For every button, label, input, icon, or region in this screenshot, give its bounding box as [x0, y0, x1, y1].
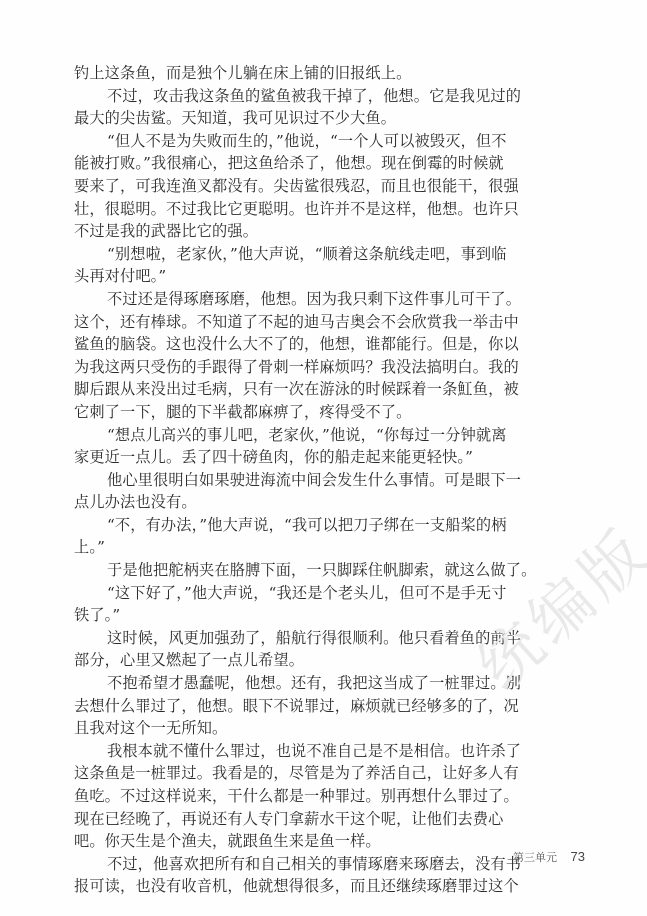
text-line: 家更近一点儿。丢了四十磅鱼肉，你的船走起来能更轻快。”: [74, 446, 454, 469]
page-number: 73: [571, 849, 585, 864]
text-line: 脚后跟从来没出过毛病，只有一次在游泳的时候踩着一条魟鱼，被: [74, 378, 454, 401]
text-line: “但人不是为失败而生的，”他说，“一个人可以被毁灭，但不: [74, 130, 454, 153]
text-line: 头再对付吧。”: [74, 265, 454, 288]
text-line: 要来了，可我连渔叉都没有。尖齿鲨很残忍，而且也很能干，很强: [74, 175, 454, 198]
text-line: 最大的尖齿鲨。天知道，我可见识过不少大鱼。: [74, 107, 454, 130]
text-line: “想点儿高兴的事儿吧，老家伙，”他说，“你每过一分钟就离: [74, 424, 454, 447]
text-line: 钓上这条鱼，而是独个儿躺在床上铺的旧报纸上。: [74, 62, 454, 85]
text-line: 这个，还有棒球。不知道了不起的迪马吉奥会不会欣赏我一举击中: [74, 311, 454, 334]
text-line: 壮，很聪明。不过我比它更聪明。也许并不是这样，他想。也许只: [74, 198, 454, 221]
text-line: 上。”: [74, 536, 454, 559]
text-line: 铁了。”: [74, 604, 454, 627]
text-line: 且我对这个一无所知。: [74, 717, 454, 740]
text-line: 不抱希望才愚蠢呢，他想。还有，我把这当成了一桩罪过。别: [74, 672, 454, 695]
book-page: 钓上这条鱼，而是独个儿躺在床上铺的旧报纸上。不过，攻击我这条鱼的鲨鱼被我干掉了，…: [0, 0, 647, 916]
text-line: 这时候，风更加强劲了，船航行得很顺利。他只看着鱼的前半: [74, 627, 454, 650]
text-line: 这条鱼是一桩罪过。我看是的，尽管是为了养活自己，让好多人有: [74, 762, 454, 785]
text-line: 鲨鱼的脑袋。这也没什么大不了的，他想，谁都能行。但是，你以: [74, 333, 454, 356]
page-footer: 第三单元 73: [513, 849, 585, 865]
text-line: 它刺了一下，腿的下半截都麻痹了，疼得受不了。: [74, 401, 454, 424]
text-line: 不过，攻击我这条鱼的鲨鱼被我干掉了，他想。它是我见过的: [74, 85, 454, 108]
body-text: 钓上这条鱼，而是独个儿躺在床上铺的旧报纸上。不过，攻击我这条鱼的鲨鱼被我干掉了，…: [74, 62, 454, 898]
text-line: 吧。你天生是个渔夫，就跟鱼生来是鱼一样。: [74, 830, 454, 853]
text-line: 不过，他喜欢把所有和自己相关的事情琢磨来琢磨去，没有书: [74, 853, 454, 876]
text-line: 部分，心里又燃起了一点儿希望。: [74, 649, 454, 672]
text-line: 不过是我的武器比它的强。: [74, 220, 454, 243]
text-line: 他心里很明白如果驶进海流中间会发生什么事情。可是眼下一: [74, 469, 454, 492]
text-line: 为我这两只受伤的手跟得了骨刺一样麻烦吗？我没法搞明白。我的: [74, 356, 454, 379]
text-line: 鱼吃。不过这样说来，干什么都是一种罪过。别再想什么罪过了。: [74, 785, 454, 808]
text-line: 现在已经晚了，再说还有人专门拿薪水干这个呢，让他们去费心: [74, 808, 454, 831]
text-line: 去想什么罪过了，他想。眼下不说罪过，麻烦就已经够多的了，况: [74, 695, 454, 718]
text-line: “别想啦，老家伙，”他大声说，“顺着这条航线走吧，事到临: [74, 243, 454, 266]
text-line: 报可读，也没有收音机，他就想得很多，而且还继续琢磨罪过这个: [74, 875, 454, 898]
text-line: 我根本就不懂什么罪过，也说不准自己是不是相信。也许杀了: [74, 740, 454, 763]
text-line: “不，有办法，”他大声说，“我可以把刀子绑在一支船桨的柄: [74, 514, 454, 537]
text-line: 于是他把舵柄夹在胳膊下面，一只脚踩住帆脚索，就这么做了。: [74, 559, 454, 582]
unit-label: 第三单元: [513, 851, 557, 864]
text-line: “这下好了，”他大声说，“我还是个老头儿，但可不是手无寸: [74, 582, 454, 605]
text-line: 点儿办法也没有。: [74, 491, 454, 514]
text-line: 能被打败。”我很痛心，把这鱼给杀了，他想。现在倒霉的时候就: [74, 152, 454, 175]
text-line: 不过还是得琢磨琢磨，他想。因为我只剩下这件事儿可干了。: [74, 288, 454, 311]
